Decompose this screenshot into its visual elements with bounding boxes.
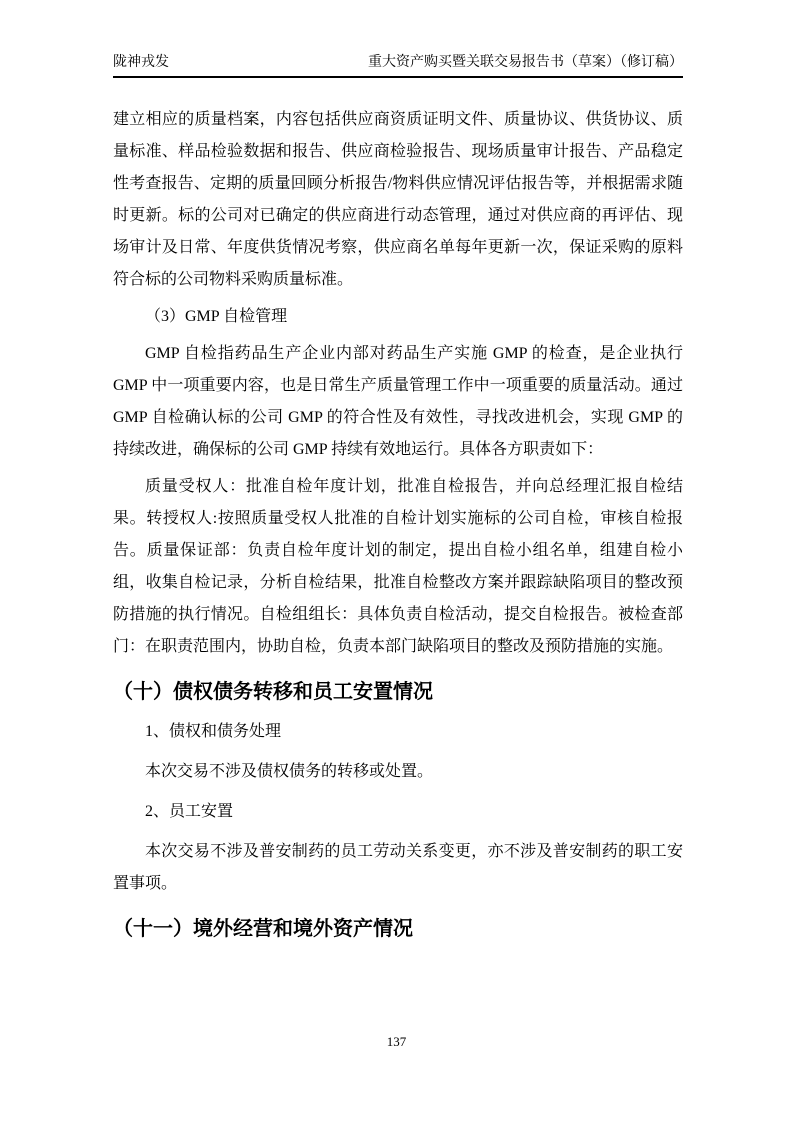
page-number: 137	[387, 1034, 407, 1049]
paragraph-debt-statement: 本次交易不涉及债权债务的转移或处置。	[113, 756, 683, 788]
section-heading-eleven-overseas-operations: （十一）境外经营和境外资产情况	[113, 915, 683, 943]
paragraph-employee-statement: 本次交易不涉及普安制药的员工劳动关系变更，亦不涉及普安制药的职工安置事项。	[113, 836, 683, 900]
paragraph-gmp-definition: GMP 自检指药品生产企业内部对药品生产实施 GMP 的检查，是企业执行 GMP…	[113, 338, 683, 466]
page-header: 陇神戎发 重大资产购买暨关联交易报告书（草案）（修订稿）	[113, 54, 683, 78]
subheading-debt-handling: 1、债权和债务处理	[113, 716, 683, 748]
header-right-title: 重大资产购买暨关联交易报告书（草案）（修订稿）	[368, 54, 683, 71]
subheading-employee-placement: 2、员工安置	[113, 796, 683, 828]
page: 陇神戎发 重大资产购买暨关联交易报告书（草案）（修订稿） 建立相应的质量档案，内…	[0, 0, 793, 1122]
page-footer: 137	[0, 1034, 793, 1050]
document-body: 建立相应的质量档案，内容包括供应商资质证明文件、质量协议、供货协议、质量标准、样…	[113, 104, 683, 943]
section-heading-ten-debt-transfer-employee-placement: （十）债权债务转移和员工安置情况	[113, 678, 683, 706]
header-left-title: 陇神戎发	[113, 54, 169, 71]
paragraph-supplier-quality-records: 建立相应的质量档案，内容包括供应商资质证明文件、质量协议、供货协议、质量标准、样…	[113, 104, 683, 296]
paragraph-gmp-responsibilities: 质量受权人：批准自检年度计划，批准自检报告，并向总经理汇报自检结果。转授权人:按…	[113, 471, 683, 663]
subheading-gmp-self-inspection: （3）GMP 自检管理	[113, 301, 683, 333]
